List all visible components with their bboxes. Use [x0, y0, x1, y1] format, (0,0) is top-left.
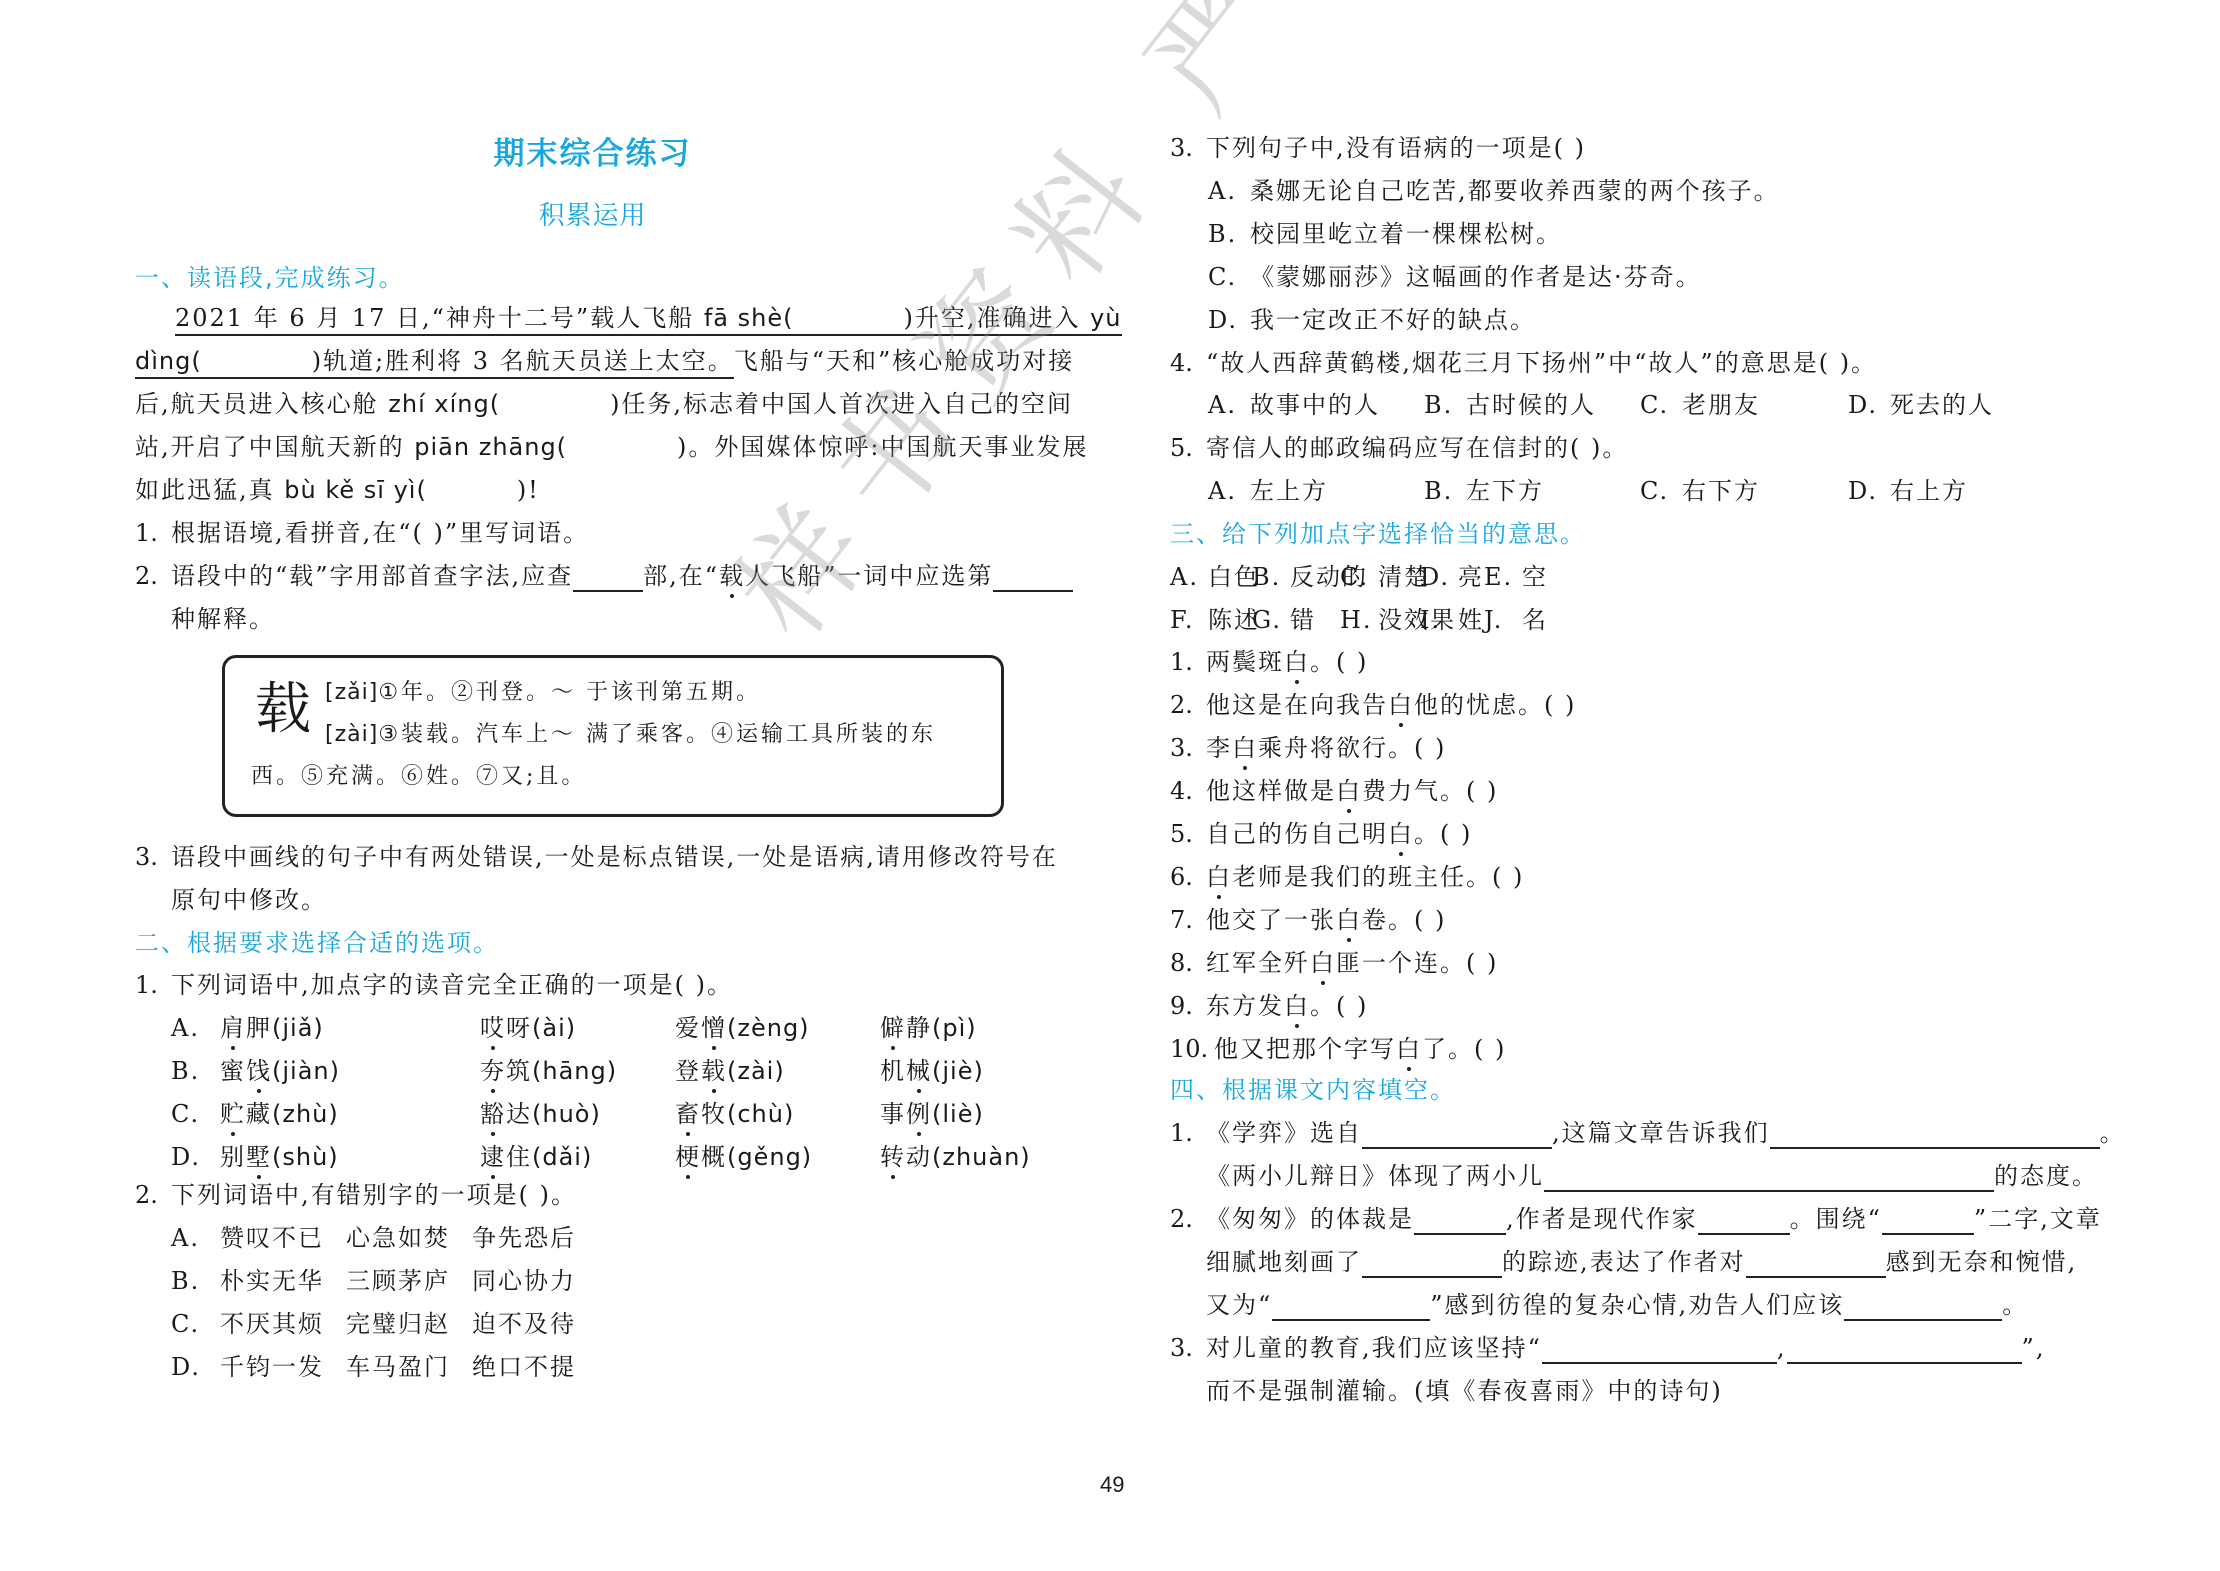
answer-blank[interactable] — [573, 564, 643, 592]
idiom: 完璧归赵 — [346, 1308, 450, 1340]
word-choice: 别墅(shù) — [220, 1141, 339, 1173]
item-text: 他的忧虑。( ) — [1414, 691, 1576, 719]
answer-blank[interactable] — [1414, 1207, 1506, 1235]
s1-question-3-cont: 原句中修改。 — [171, 884, 327, 916]
answer-blank[interactable] — [1362, 1121, 1552, 1149]
word-char: 豁 — [480, 1100, 506, 1128]
meaning-label: F. — [1170, 604, 1195, 636]
s1-question-2: 2.语段中的“载”字用部首查字法,应查部,在“载人飞船”一词中应选第 — [135, 560, 1073, 592]
word-char: 载 — [701, 1057, 727, 1085]
dotted-char: 白 — [1284, 992, 1310, 1020]
meaning-label: A. — [1170, 561, 1199, 593]
dotted-char: 白 — [1206, 863, 1232, 891]
pinyin: (zhù) — [272, 1100, 339, 1128]
s1-question-3: 3.语段中画线的句子中有两处错误,一处是标点错误,一处是语病,请用修改符号在 — [135, 841, 1058, 873]
item-text: 他这是在向我告 — [1206, 691, 1388, 719]
word-choice: 转动(zhuàn) — [880, 1141, 1031, 1173]
pinyin: (zài) — [727, 1057, 785, 1085]
idiom: 不厌其烦 — [220, 1308, 324, 1340]
word-char: 静 — [906, 1014, 932, 1042]
item-number: 8. — [1170, 947, 1206, 979]
section4-heading: 四、根据课文内容填空。 — [1170, 1074, 1456, 1106]
item-text: 他这样做是 — [1206, 777, 1336, 805]
option-text: 死去的人 — [1890, 389, 1994, 421]
s2-question-4: 4.“故人西辞黄鹤楼,烟花三月下扬州”中“故人”的意思是( )。 — [1170, 347, 1877, 379]
item-number: 4. — [1170, 775, 1206, 807]
word-char: 肩 — [220, 1014, 246, 1042]
meaning-label: J. — [1484, 604, 1503, 636]
s3-item: 3.李白乘舟将欲行。( ) — [1170, 732, 1446, 764]
word-char: 畜 — [675, 1100, 701, 1128]
word-char: 呀 — [506, 1014, 532, 1042]
meaning-text: 名 — [1522, 604, 1548, 636]
item-number: 3. — [1170, 732, 1206, 764]
s3-item: 6.白老师是我们的班主任。( ) — [1170, 861, 1524, 893]
word-char: 憎 — [701, 1014, 727, 1042]
option-label: A. — [171, 1012, 200, 1044]
pinyin: (pì) — [932, 1014, 977, 1042]
word-char: 梗 — [675, 1143, 701, 1171]
item-number: 5. — [1170, 818, 1206, 850]
meaning-label: G. — [1252, 604, 1282, 636]
s3-item: 1.两鬓斑白。( ) — [1170, 646, 1368, 678]
meaning-label: D. — [1420, 561, 1450, 593]
answer-blank[interactable] — [1542, 1336, 1777, 1364]
meaning-text: 空 — [1522, 561, 1548, 593]
option-label: C. — [1208, 261, 1237, 293]
word-choice: 畜牧(chù) — [675, 1098, 794, 1130]
pinyin: (ài) — [532, 1014, 576, 1042]
s1-question-2-cont: 种解释。 — [171, 603, 275, 635]
idiom: 争先恐后 — [472, 1222, 576, 1254]
dotted-char: 白 — [1336, 906, 1362, 934]
pinyin: (zèng) — [727, 1014, 810, 1042]
item-number: 6. — [1170, 861, 1206, 893]
word-char: 事 — [880, 1100, 906, 1128]
item-text: 。( ) — [1310, 648, 1368, 676]
item-text: 红军全歼 — [1206, 949, 1310, 977]
dictionary-line-1: [zǎi]①年。②刊登。～ 于该刊第五期。 — [325, 678, 761, 708]
word-char: 胛 — [246, 1014, 272, 1042]
option-label: B. — [1424, 475, 1453, 507]
word-choice: 事例(liè) — [880, 1098, 984, 1130]
option-label: A. — [1208, 389, 1237, 421]
s3-item: 5.自己的伤自己明白。( ) — [1170, 818, 1472, 850]
option-text: 右上方 — [1890, 475, 1968, 507]
dictionary-line-2: [zài]③装载。汽车上～ 满了乘客。④运输工具所装的东 — [325, 720, 936, 750]
answer-blank[interactable] — [1698, 1207, 1790, 1235]
idiom: 三顾茅庐 — [346, 1265, 450, 1297]
answer-blank[interactable] — [1544, 1164, 1994, 1192]
idiom: 车马盈门 — [346, 1351, 450, 1383]
word-char: 登 — [675, 1057, 701, 1085]
option-text: 左上方 — [1250, 475, 1328, 507]
idiom: 迫不及待 — [472, 1308, 576, 1340]
s2-question-5: 5.寄信人的邮政编码应写在信封的( )。 — [1170, 432, 1628, 464]
s3-item: 10.他又把那个字写白了。( ) — [1170, 1033, 1506, 1065]
pinyin: (jiàn) — [272, 1057, 340, 1085]
option-label: C. — [171, 1308, 200, 1340]
s3-item: 8.红军全歼白匪一个连。( ) — [1170, 947, 1498, 979]
idiom: 赞叹不已 — [220, 1222, 324, 1254]
pinyin: (hāng) — [532, 1057, 617, 1085]
option-text: 右下方 — [1682, 475, 1760, 507]
s4-question-1-cont: 《两小儿辩日》体现了两小儿的态度。 — [1206, 1160, 2098, 1192]
page-subtitle: 积累运用 — [0, 195, 1185, 232]
option-label: B. — [171, 1055, 200, 1087]
dotted-char: 白 — [1284, 648, 1310, 676]
pinyin: (dǎi) — [532, 1143, 592, 1171]
underlined-sentence: 2021 年 6 月 17 日,“神舟十二号”载人飞船 fā shè()升空,准… — [175, 304, 1122, 336]
pinyin: (gěng) — [727, 1143, 812, 1171]
option-label: C. — [1640, 389, 1669, 421]
meaning-text: 姓 — [1458, 604, 1484, 636]
s4-question-2: 2.《匆匆》的体裁是,作者是现代作家。围绕“”二字,文章 — [1170, 1203, 2102, 1235]
word-choice: 梗概(gěng) — [675, 1141, 812, 1173]
section1-heading: 一、读语段,完成练习。 — [135, 262, 405, 294]
option-text: 老朋友 — [1682, 389, 1760, 421]
item-text: 他又把那个字写 — [1214, 1035, 1396, 1063]
word-char: 墅 — [246, 1143, 272, 1171]
option-label: B. — [1424, 389, 1453, 421]
s4-question-3-cont: 而不是强制灌输。(填《春夜喜雨》中的诗句) — [1206, 1375, 1723, 1407]
item-text: 匪一个连。( ) — [1336, 949, 1498, 977]
paragraph-line-2: dìng()轨道;胜利将 3 名航天员送上太空。飞船与“天和”核心舱成功对接 — [135, 345, 1074, 377]
s3-item: 2.他这是在向我告白他的忧虑。( ) — [1170, 689, 1576, 721]
s4-question-3: 3.对儿童的教育,我们应该坚持“,”, — [1170, 1332, 2045, 1364]
option-text: 《蒙娜丽莎》这幅画的作者是达·芬奇。 — [1250, 261, 1702, 293]
option-label: A. — [171, 1222, 200, 1254]
dotted-char: 白 — [1232, 734, 1258, 762]
pinyin: (chù) — [727, 1100, 794, 1128]
option-label: D. — [1848, 389, 1878, 421]
word-choice: 僻静(pì) — [880, 1012, 977, 1044]
answer-blank[interactable] — [1844, 1293, 2002, 1321]
word-char: 蜜 — [220, 1057, 246, 1085]
idiom: 绝口不提 — [472, 1351, 576, 1383]
word-choice: 贮藏(zhù) — [220, 1098, 339, 1130]
idiom: 千钧一发 — [220, 1351, 324, 1383]
idiom: 同心协力 — [472, 1265, 576, 1297]
pinyin: (liè) — [932, 1100, 984, 1128]
option-label: C. — [1640, 475, 1669, 507]
item-text: 卷。( ) — [1362, 906, 1446, 934]
s3-item: 9.东方发白。( ) — [1170, 990, 1368, 1022]
paragraph-line-1: 2021 年 6 月 17 日,“神舟十二号”载人飞船 fā shè()升空,准… — [175, 302, 1122, 334]
page-title: 期末综合练习 — [0, 128, 1185, 173]
option-text: 古时候的人 — [1466, 389, 1596, 421]
item-number: 2. — [1170, 689, 1206, 721]
item-text: 两鬓斑 — [1206, 648, 1284, 676]
option-label: B. — [1208, 218, 1237, 250]
item-text: 他交了一张 — [1206, 906, 1336, 934]
pinyin: (jiè) — [932, 1057, 984, 1085]
s3-item: 7.他交了一张白卷。( ) — [1170, 904, 1446, 936]
word-choice: 哎呀(ài) — [480, 1012, 576, 1044]
dotted-char: 白 — [1310, 949, 1336, 977]
word-char: 哎 — [480, 1014, 506, 1042]
word-char: 例 — [906, 1100, 932, 1128]
word-char: 爱 — [675, 1014, 701, 1042]
word-char: 夯 — [480, 1057, 506, 1085]
idiom: 朴实无华 — [220, 1265, 324, 1297]
dotted-char: 白 — [1336, 777, 1362, 805]
meaning-label: B. — [1252, 561, 1281, 593]
paragraph-line-3: 后,航天员进入核心舱 zhí xíng()任务,标志着中国人首次进入自己的空间 — [135, 388, 1073, 420]
underlined-sentence: dìng()轨道;胜利将 3 名航天员送上太空。 — [135, 347, 734, 379]
answer-blank[interactable] — [993, 564, 1073, 592]
page-number: 49 — [1100, 1472, 1124, 1498]
option-label: A. — [1208, 475, 1237, 507]
answer-blank[interactable] — [1362, 1250, 1502, 1278]
option-text: 我一定改正不好的缺点。 — [1250, 304, 1536, 336]
dictionary-entry-box: 载 [zǎi]①年。②刊登。～ 于该刊第五期。 [zài]③装载。汽车上～ 满了… — [222, 655, 1004, 817]
word-char: 达 — [506, 1100, 532, 1128]
word-char: 机 — [880, 1057, 906, 1085]
answer-blank[interactable] — [1770, 1121, 2100, 1149]
idiom: 心急如焚 — [346, 1222, 450, 1254]
meaning-label: I. — [1420, 604, 1441, 636]
word-char: 筑 — [506, 1057, 532, 1085]
item-text: 东方发 — [1206, 992, 1284, 1020]
item-text: 。( ) — [1414, 820, 1472, 848]
s2-question-2: 2.下列词语中,有错别字的一项是( )。 — [135, 1179, 577, 1211]
s4-question-1: 1.《学弈》选自,这篇文章告诉我们。 — [1170, 1117, 2126, 1149]
item-text: 自己的伤自己明 — [1206, 820, 1388, 848]
option-text: 故事中的人 — [1250, 389, 1380, 421]
item-number: 7. — [1170, 904, 1206, 936]
meaning-text: 错 — [1290, 604, 1316, 636]
section3-heading: 三、给下列加点字选择恰当的意思。 — [1170, 518, 1586, 550]
s2-question-1: 1.下列词语中,加点字的读音完全正确的一项是( )。 — [135, 969, 733, 1001]
option-label: D. — [171, 1351, 201, 1383]
word-choice: 爱憎(zèng) — [675, 1012, 810, 1044]
item-text: 乘舟将欲行。( ) — [1258, 734, 1446, 762]
option-label: D. — [1848, 475, 1878, 507]
option-text: 校园里屹立着一棵棵松树。 — [1250, 218, 1562, 250]
item-text: 。( ) — [1310, 992, 1368, 1020]
dotted-char: 白 — [1396, 1035, 1422, 1063]
item-text: 李 — [1206, 734, 1232, 762]
s1-question-1: 1.根据语境,看拼音,在“( )”里写词语。 — [135, 517, 589, 549]
word-char: 动 — [906, 1143, 932, 1171]
option-label: D. — [1208, 304, 1238, 336]
word-char: 别 — [220, 1143, 246, 1171]
word-choice: 机械(jiè) — [880, 1055, 984, 1087]
s3-item: 4.他这样做是白费力气。( ) — [1170, 775, 1498, 807]
word-choice: 夯筑(hāng) — [480, 1055, 617, 1087]
word-char: 藏 — [246, 1100, 272, 1128]
pinyin: (huò) — [532, 1100, 601, 1128]
item-text: 老师是我们的班主任。( ) — [1232, 863, 1524, 891]
item-number: 9. — [1170, 990, 1206, 1022]
option-label: D. — [171, 1141, 201, 1173]
option-text: 桑娜无论自己吃苦,都要收养西蒙的两个孩子。 — [1250, 175, 1780, 207]
word-char: 饯 — [246, 1057, 272, 1085]
word-choice: 肩胛(jiǎ) — [220, 1012, 324, 1044]
answer-blank[interactable] — [1787, 1336, 2022, 1364]
word-char: 僻 — [880, 1014, 906, 1042]
word-char: 转 — [880, 1143, 906, 1171]
word-char: 概 — [701, 1143, 727, 1171]
dictionary-character: 载 — [255, 680, 311, 740]
pinyin: (jiǎ) — [272, 1014, 324, 1042]
section2-heading: 二、根据要求选择合适的选项。 — [135, 927, 499, 959]
answer-blank[interactable] — [1882, 1207, 1974, 1235]
option-label: A. — [1208, 175, 1237, 207]
answer-blank[interactable] — [1746, 1250, 1886, 1278]
item-text: 了。( ) — [1422, 1035, 1506, 1063]
answer-blank[interactable] — [1272, 1293, 1430, 1321]
word-choice: 逮住(dǎi) — [480, 1141, 592, 1173]
word-char: 牧 — [701, 1100, 727, 1128]
pinyin: (zhuàn) — [932, 1143, 1031, 1171]
word-choice: 登载(zài) — [675, 1055, 785, 1087]
meaning-text: 没效果 — [1378, 604, 1456, 636]
item-text: 费力气。( ) — [1362, 777, 1498, 805]
word-char: 住 — [506, 1143, 532, 1171]
paragraph-line-5: 如此迅猛,真 bù kě sī yì()! — [135, 474, 540, 506]
word-char: 贮 — [220, 1100, 246, 1128]
word-choice: 豁达(huò) — [480, 1098, 601, 1130]
s4-question-2-cont-2: 又为“”感到彷徨的复杂心情,劝告人们应该。 — [1206, 1289, 2028, 1321]
meaning-label: H. — [1340, 604, 1373, 636]
meaning-label: C. — [1340, 561, 1369, 593]
dotted-char: 白 — [1388, 820, 1414, 848]
dotted-char: 白 — [1388, 691, 1414, 719]
item-number: 10. — [1170, 1033, 1214, 1065]
dictionary-line-3: 西。⑤充满。⑥姓。⑦又;且。 — [251, 762, 586, 792]
s2-question-3: 3.下列句子中,没有语病的一项是( ) — [1170, 132, 1586, 164]
pinyin: (shù) — [272, 1143, 339, 1171]
word-char: 逮 — [480, 1143, 506, 1171]
word-choice: 蜜饯(jiàn) — [220, 1055, 340, 1087]
option-text: 左下方 — [1466, 475, 1544, 507]
option-label: C. — [171, 1098, 200, 1130]
meaning-text: 亮 — [1458, 561, 1484, 593]
s4-question-2-cont-1: 细腻地刻画了的踪迹,表达了作者对感到无奈和惋惜, — [1206, 1246, 2077, 1278]
worksheet-page: 期末综合练习 积累运用 一、读语段,完成练习。 2021 年 6 月 17 日,… — [0, 0, 2220, 1571]
word-char: 械 — [906, 1057, 932, 1085]
meaning-label: E. — [1484, 561, 1513, 593]
option-label: B. — [171, 1265, 200, 1297]
paragraph-line-4: 站,开启了中国航天新的 piān zhāng()。外国媒体惊呼:中国航天事业发展 — [135, 431, 1089, 463]
item-number: 1. — [1170, 646, 1206, 678]
